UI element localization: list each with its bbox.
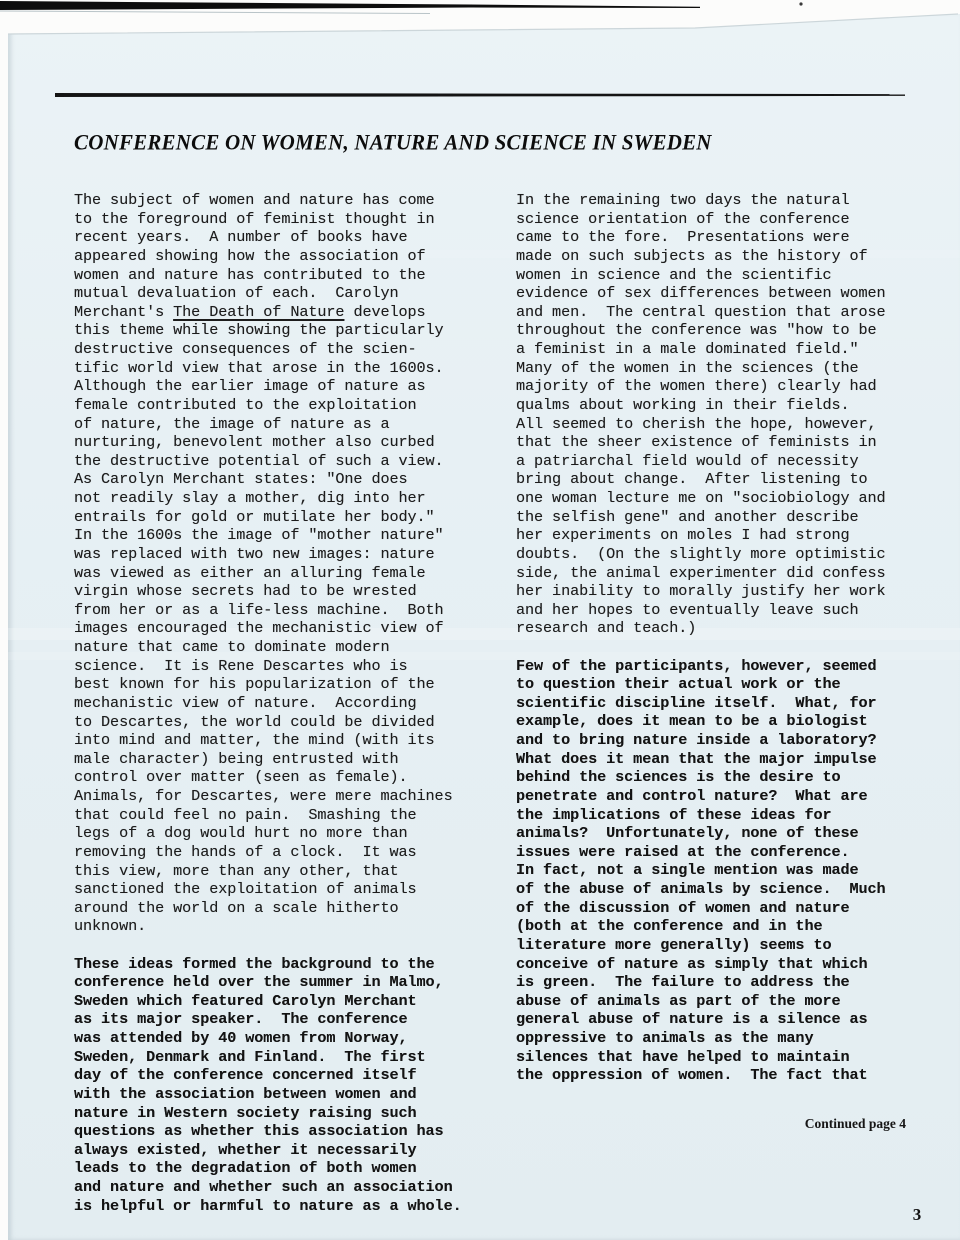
text-line: always existed, whether it necessarily: [74, 1141, 478, 1160]
text-line: from her or as a life-less machine. Both: [74, 601, 478, 620]
text-line: the selfish gene" and another describe: [516, 508, 920, 527]
text-line: example, does it mean to be a biologist: [516, 712, 920, 731]
text-line: In fact, not a single mention was made: [516, 861, 920, 880]
text-line: this theme while showing the particularl…: [74, 321, 478, 340]
text-line: doubts. (On the slightly more optimistic: [516, 545, 920, 564]
text-line: day of the conference concerned itself: [74, 1066, 478, 1085]
continued-note: Continued page 4: [700, 1116, 906, 1132]
text-line: silences that have helped to maintain: [516, 1048, 920, 1067]
text-line: As Carolyn Merchant states: "One does: [74, 470, 478, 489]
text-line: abuse of animals as part of the more: [516, 992, 920, 1011]
text-line: nature in Western society raising such: [74, 1104, 478, 1123]
text-line: and her hopes to eventually leave such: [516, 601, 920, 620]
text-line: animals? Unfortunately, none of these: [516, 824, 920, 843]
text-line: to question their actual work or the: [516, 675, 920, 694]
text-line: was viewed as either an alluring female: [74, 564, 478, 583]
text-line: general abuse of nature is a silence as: [516, 1010, 920, 1029]
text-line: mutual devaluation of each. Carolyn: [74, 284, 478, 303]
text-line: of the abuse of animals by science. Much: [516, 880, 920, 899]
text-line: best known for his popularization of the: [74, 675, 478, 694]
text-segment: Merchant's: [74, 303, 173, 321]
text-line: majority of the women there) clearly had: [516, 377, 920, 396]
left-column: The subject of women and nature has come…: [74, 191, 478, 1215]
text-line: throughout the conference was "how to be: [516, 321, 920, 340]
text-line: In the 1600s the image of "mother nature…: [74, 526, 478, 545]
text-line: was replaced with two new images: nature: [74, 545, 478, 564]
text-line: the destructive potential of such a view…: [74, 452, 478, 471]
text-line: a feminist in a male dominated field.": [516, 340, 920, 359]
text-line: to Descartes, the world could be divided: [74, 713, 478, 732]
text-line: a patriarchal field would of necessity: [516, 452, 920, 471]
text-line: tific world view that arose in the 1600s…: [74, 359, 478, 378]
text-line: images encouraged the mechanistic view o…: [74, 619, 478, 638]
text-line: literature more generally) seems to: [516, 936, 920, 955]
paragraph: These ideas formed the background to the…: [74, 955, 478, 1216]
page-number: 3: [906, 1205, 928, 1225]
text-line: of the discussion of women and nature: [516, 899, 920, 918]
text-line: this view, more than any other, that: [74, 862, 478, 881]
scan-artifact-top-edge: [0, 0, 960, 40]
text-line: entrails for gold or mutilate her body.": [74, 508, 478, 527]
underlined-book-title: The Death of Nature: [173, 303, 344, 321]
text-line: nature that came to dominate modern: [74, 638, 478, 657]
text-line: one woman lecture me on "sociobiology an…: [516, 489, 920, 508]
text-line: oppressive to animals as the many: [516, 1029, 920, 1048]
text-line: around the world on a scale hitherto: [74, 899, 478, 918]
paragraph: The subject of women and nature has come…: [74, 191, 478, 936]
text-line: to the foreground of feminist thought in: [74, 210, 478, 229]
text-line: Sweden which featured Carolyn Merchant: [74, 992, 478, 1011]
text-line: bring about change. After listening to: [516, 470, 920, 489]
text-line: science. It is Rene Descartes who is: [74, 657, 478, 676]
text-line: In the remaining two days the natural: [516, 191, 920, 210]
scanned-newsletter-page: CONFERENCE ON WOMEN, NATURE AND SCIENCE …: [0, 0, 960, 1240]
text-line: The subject of women and nature has come: [74, 191, 478, 210]
text-line: her inability to morally justify her wor…: [516, 582, 920, 601]
text-line: What does it mean that the major impulse: [516, 750, 920, 769]
text-line: Merchant's The Death of Nature develops: [74, 303, 478, 322]
text-line: scientific discipline itself. What, for: [516, 694, 920, 713]
text-line: of nature, the image of nature as a: [74, 415, 478, 434]
text-segment: develops: [344, 303, 425, 321]
text-line: came to the fore. Presentations were: [516, 228, 920, 247]
text-line: issues were raised at the conference.: [516, 843, 920, 862]
text-line: Few of the participants, however, seemed: [516, 657, 920, 676]
text-line: destructive consequences of the scien-: [74, 340, 478, 359]
paragraph: In the remaining two days the naturalsci…: [516, 191, 920, 638]
text-line: sanctioned the exploitation of animals: [74, 880, 478, 899]
text-line: women in science and the scientific: [516, 266, 920, 285]
text-line: nurturing, benevolent mother also curbed: [74, 433, 478, 452]
text-line: the oppression of women. The fact that: [516, 1066, 920, 1085]
text-line: mechanistic view of nature. According: [74, 694, 478, 713]
text-line: was attended by 40 women from Norway,: [74, 1029, 478, 1048]
text-line: is helpful or harmful to nature as a who…: [74, 1197, 478, 1216]
text-line: and to bring nature inside a laboratory?: [516, 731, 920, 750]
text-line: legs of a dog would hurt no more than: [74, 824, 478, 843]
text-line: Animals, for Descartes, were mere machin…: [74, 787, 478, 806]
text-line: as its major speaker. The conference: [74, 1010, 478, 1029]
text-line: women and nature has contributed to the: [74, 266, 478, 285]
text-line: virgin whose secrets had to be wrested: [74, 582, 478, 601]
text-line: and men. The central question that arose: [516, 303, 920, 322]
text-line: male character) being entrusted with: [74, 750, 478, 769]
text-line: Sweden, Denmark and Finland. The first: [74, 1048, 478, 1067]
text-line: (both at the conference and in the: [516, 917, 920, 936]
text-line: Although the earlier image of nature as: [74, 377, 478, 396]
text-line: not readily slay a mother, dig into her: [74, 489, 478, 508]
text-line: conference held over the summer in Malmo…: [74, 973, 478, 992]
article-title: CONFERENCE ON WOMEN, NATURE AND SCIENCE …: [74, 129, 712, 155]
text-line: removing the hands of a clock. It was: [74, 843, 478, 862]
text-line: that could feel no pain. Smashing the: [74, 806, 478, 825]
text-line: into mind and matter, the mind (with its: [74, 731, 478, 750]
text-line: behind the sciences is the desire to: [516, 768, 920, 787]
text-line: evidence of sex differences between wome…: [516, 284, 920, 303]
text-line: leads to the degradation of both women: [74, 1159, 478, 1178]
text-line: research and teach.): [516, 619, 920, 638]
text-line: appeared showing how the association of: [74, 247, 478, 266]
text-line: that the sheer existence of feminists in: [516, 433, 920, 452]
text-line: conceive of nature as simply that which: [516, 955, 920, 974]
right-column: In the remaining two days the naturalsci…: [516, 191, 920, 1085]
text-line: science orientation of the conference: [516, 210, 920, 229]
text-line: penetrate and control nature? What are: [516, 787, 920, 806]
text-line: made on such subjects as the history of: [516, 247, 920, 266]
text-line: female contributed to the exploitation: [74, 396, 478, 415]
text-line: the implications of these ideas for: [516, 806, 920, 825]
text-line: These ideas formed the background to the: [74, 955, 478, 974]
text-line: qualms about working in their fields.: [516, 396, 920, 415]
paragraph: Few of the participants, however, seemed…: [516, 657, 920, 1085]
text-line: recent years. A number of books have: [74, 228, 478, 247]
text-line: her experiments on moles I had strong: [516, 526, 920, 545]
text-line: unknown.: [74, 917, 478, 936]
text-line: is green. The failure to address the: [516, 973, 920, 992]
text-line: and nature and whether such an associati…: [74, 1178, 478, 1197]
text-line: Many of the women in the sciences (the: [516, 359, 920, 378]
text-line: with the association between women and: [74, 1085, 478, 1104]
text-line: questions as whether this association ha…: [74, 1122, 478, 1141]
text-line: control over matter (seen as female).: [74, 768, 478, 787]
text-line: All seemed to cherish the hope, however,: [516, 415, 920, 434]
text-line: side, the animal experimenter did confes…: [516, 564, 920, 583]
